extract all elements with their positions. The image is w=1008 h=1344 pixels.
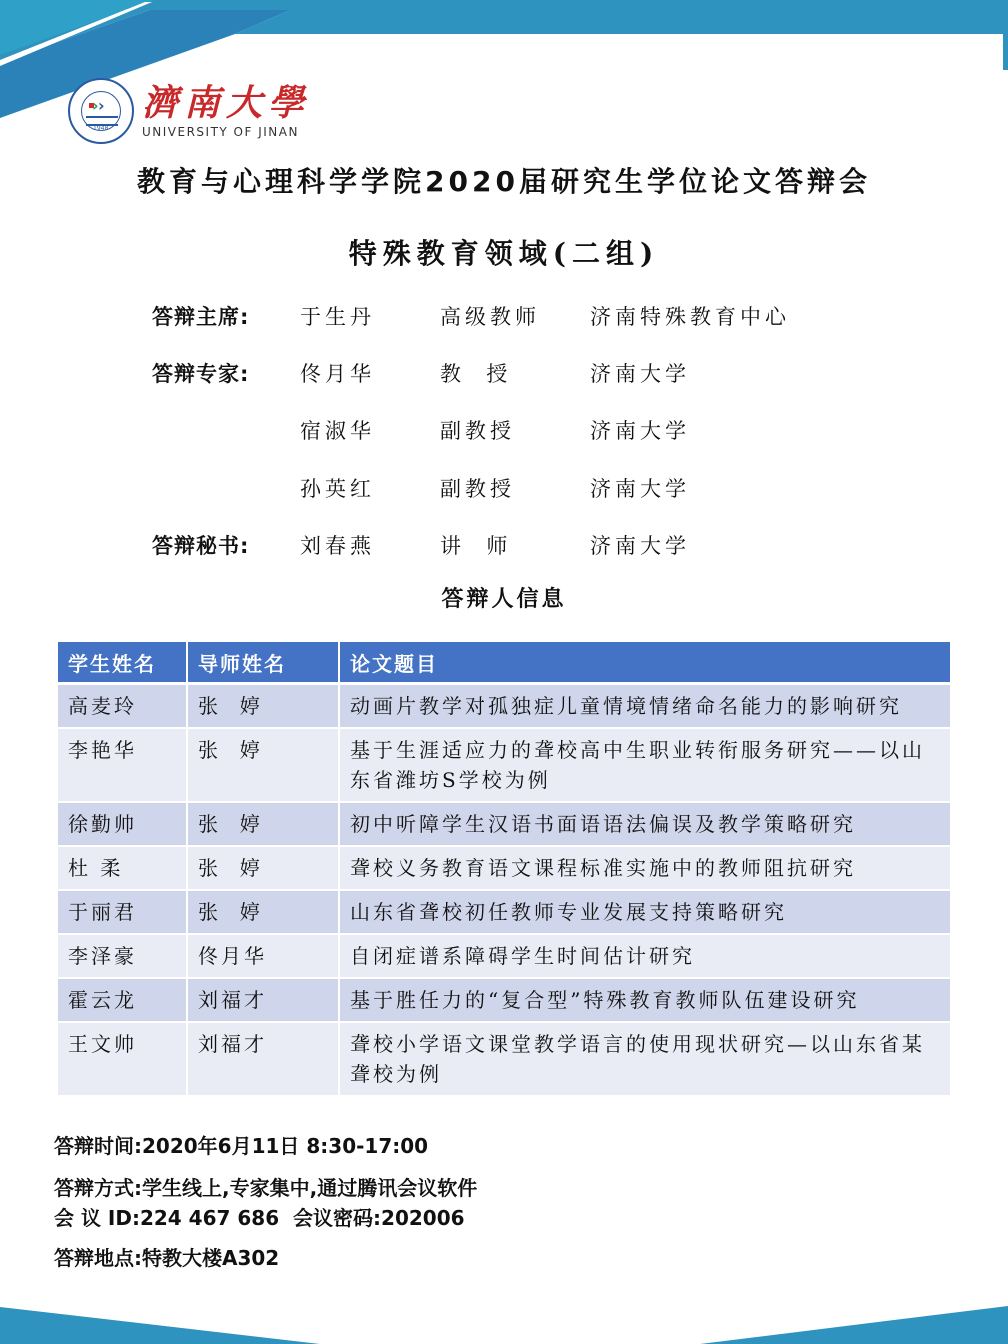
student-name: 高麦玲: [58, 684, 187, 729]
committee-org: 济南大学: [590, 530, 690, 560]
committee-role: 答辩秘书:: [152, 530, 300, 560]
column-header-student: 学生姓名: [58, 642, 187, 684]
student-name: 霍云龙: [58, 978, 187, 1022]
advisor-name: 张 婷: [187, 846, 339, 890]
university-seal-icon: › › 1948: [68, 78, 134, 144]
page-title: 教育与心理科学学院2020届研究生学位论文答辩会: [0, 160, 1008, 200]
committee-row-expert: 答辩专家: 佟月华 教 授 济南大学: [152, 355, 690, 391]
thesis-title: 基于胜任力的“复合型”特殊教育教师队伍建设研究: [339, 978, 950, 1022]
committee-title: 副教授: [440, 415, 590, 445]
committee-name: 刘春燕: [300, 530, 440, 560]
committee-name: 宿淑华: [300, 415, 440, 445]
table-row: 徐勤帅 张 婷 初中听障学生汉语书面语语法偏误及教学策略研究: [58, 802, 950, 846]
student-name: 李泽豪: [58, 934, 187, 978]
committee-title: 教 授: [440, 358, 590, 388]
defense-info-heading: 答辩人信息: [0, 582, 1008, 613]
committee-title: 副教授: [440, 473, 590, 503]
table-row: 李艳华 张 婷 基于生涯适应力的聋校高中生职业转衔服务研究——以山东省潍坊S学校…: [58, 728, 950, 802]
student-name: 杜 柔: [58, 846, 187, 890]
student-name: 于丽君: [58, 890, 187, 934]
committee-row-secretary: 答辩秘书: 刘春燕 讲 师 济南大学: [152, 527, 690, 563]
advisor-name: 佟月华: [187, 934, 339, 978]
committee-org: 济南大学: [590, 358, 690, 388]
committee-row-chair: 答辩主席: 于生丹 高级教师 济南特殊教育中心: [152, 298, 790, 334]
committee-name: 孙英红: [300, 473, 440, 503]
committee-role: 答辩专家:: [152, 358, 300, 388]
student-name: 王文帅: [58, 1022, 187, 1096]
defense-mode: 答辩方式:学生线上,专家集中,通过腾讯会议软件: [54, 1172, 477, 1201]
committee-row-expert: 宿淑华 副教授 济南大学: [152, 412, 690, 448]
committee-org: 济南大学: [590, 473, 690, 503]
thesis-title: 聋校小学语文课堂教学语言的使用现状研究—以山东省某聋校为例: [339, 1022, 950, 1096]
university-logo: › › 1948 濟南大學 UNIVERSITY OF JINAN: [68, 76, 310, 146]
committee-title: 讲 师: [440, 530, 590, 560]
advisor-name: 刘福才: [187, 978, 339, 1022]
table-row: 王文帅 刘福才 聋校小学语文课堂教学语言的使用现状研究—以山东省某聋校为例: [58, 1022, 950, 1096]
advisor-name: 张 婷: [187, 802, 339, 846]
thesis-title: 山东省聋校初任教师专业发展支持策略研究: [339, 890, 950, 934]
university-name-cn: 濟南大學: [142, 83, 310, 123]
table-row: 高麦玲 张 婷 动画片教学对孤独症儿童情境情绪命名能力的影响研究: [58, 684, 950, 729]
thesis-title: 动画片教学对孤独症儿童情境情绪命名能力的影响研究: [339, 684, 950, 729]
thesis-title: 初中听障学生汉语书面语语法偏误及教学策略研究: [339, 802, 950, 846]
university-name-en: UNIVERSITY OF JINAN: [142, 125, 310, 139]
meeting-info: 会 议 ID:224 467 686 会议密码:202006: [54, 1202, 465, 1231]
committee-row-expert: 孙英红 副教授 济南大学: [152, 470, 690, 506]
seal-year: 1948: [93, 125, 108, 132]
page-subtitle: 特殊教育领域(二组): [0, 232, 1008, 272]
committee-role: 答辩主席:: [152, 301, 300, 331]
student-name: 徐勤帅: [58, 802, 187, 846]
defense-location: 答辩地点:特教大楼A302: [54, 1242, 279, 1271]
defense-table: 学生姓名 导师姓名 论文题目 高麦玲 张 婷 动画片教学对孤独症儿童情境情绪命名…: [58, 642, 950, 1097]
defense-time: 答辩时间:2020年6月11日 8:30-17:00: [54, 1130, 428, 1159]
thesis-title: 自闭症谱系障碍学生时间估计研究: [339, 934, 950, 978]
table-row: 李泽豪 佟月华 自闭症谱系障碍学生时间估计研究: [58, 934, 950, 978]
thesis-title: 聋校义务教育语文课程标准实施中的教师阻抗研究: [339, 846, 950, 890]
thesis-title: 基于生涯适应力的聋校高中生职业转衔服务研究——以山东省潍坊S学校为例: [339, 728, 950, 802]
table-row: 于丽君 张 婷 山东省聋校初任教师专业发展支持策略研究: [58, 890, 950, 934]
committee-name: 于生丹: [300, 301, 440, 331]
advisor-name: 张 婷: [187, 728, 339, 802]
advisor-name: 张 婷: [187, 684, 339, 729]
advisor-name: 刘福才: [187, 1022, 339, 1096]
committee-title: 高级教师: [440, 301, 590, 331]
student-name: 李艳华: [58, 728, 187, 802]
column-header-thesis: 论文题目: [339, 642, 950, 684]
column-header-advisor: 导师姓名: [187, 642, 339, 684]
committee-org: 济南大学: [590, 415, 690, 445]
table-header-row: 学生姓名 导师姓名 论文题目: [58, 642, 950, 684]
table-row: 杜 柔 张 婷 聋校义务教育语文课程标准实施中的教师阻抗研究: [58, 846, 950, 890]
committee-name: 佟月华: [300, 358, 440, 388]
advisor-name: 张 婷: [187, 890, 339, 934]
table-row: 霍云龙 刘福才 基于胜任力的“复合型”特殊教育教师队伍建设研究: [58, 978, 950, 1022]
committee-org: 济南特殊教育中心: [590, 301, 790, 331]
